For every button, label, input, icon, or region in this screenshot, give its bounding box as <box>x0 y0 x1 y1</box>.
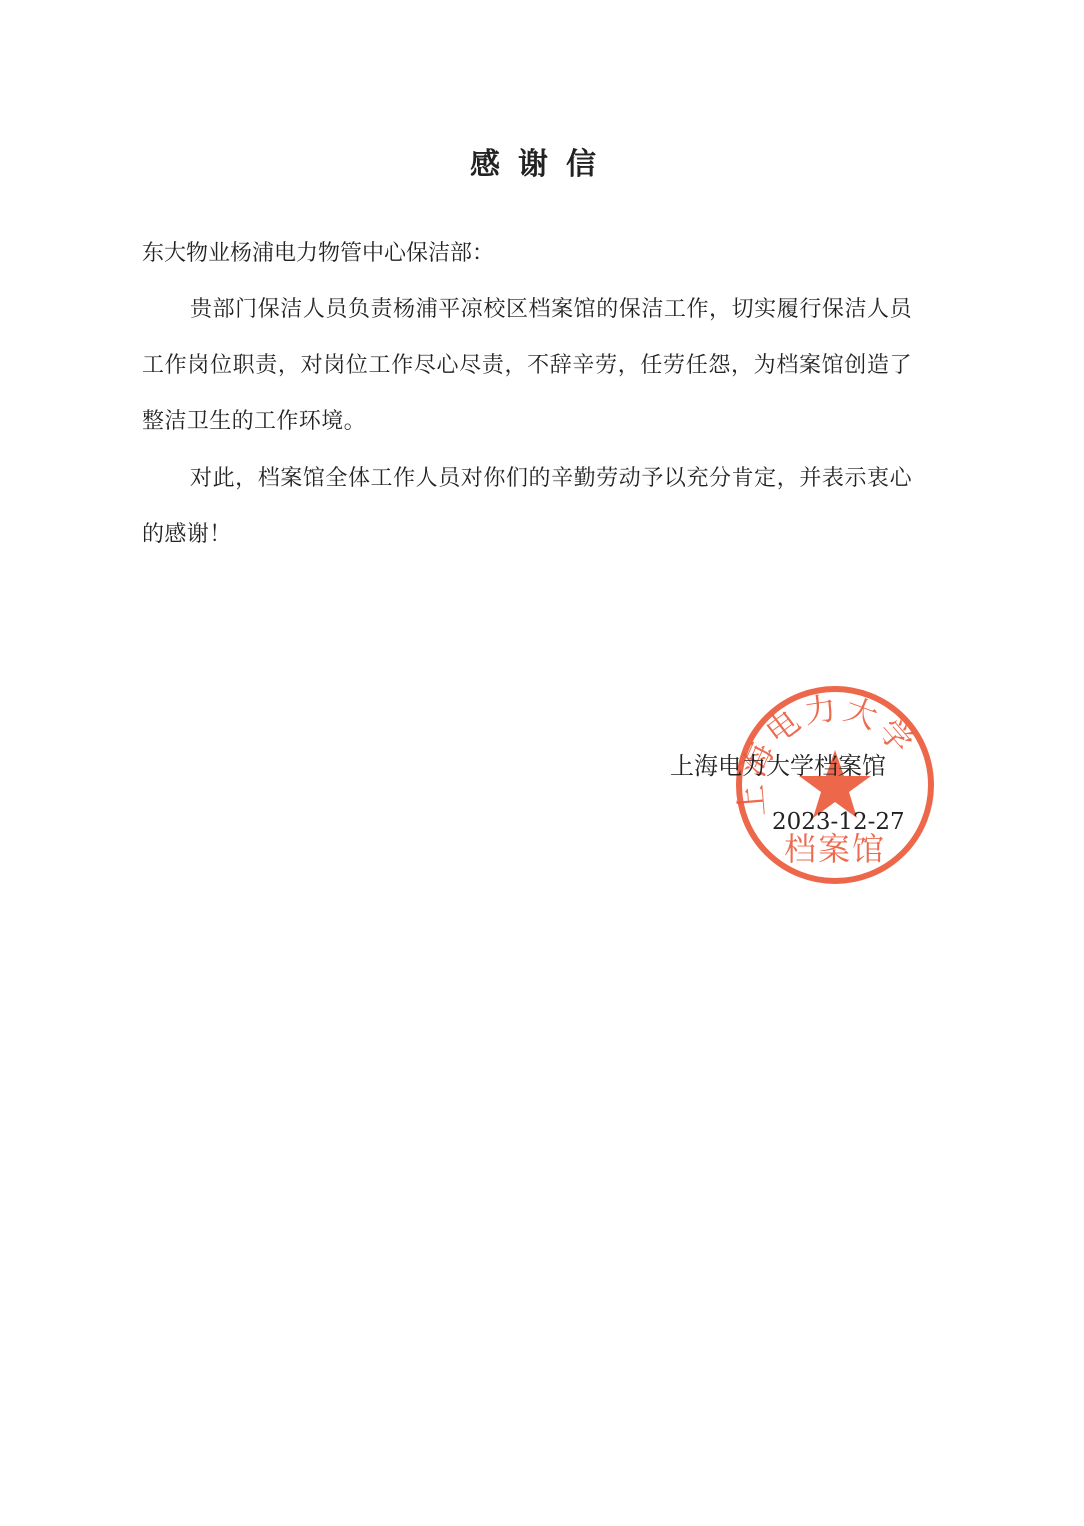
body-paragraph-1: 贵部门保洁人员负责杨浦平凉校区档案馆的保洁工作，切实履行保洁人员工作岗位职责，对… <box>142 282 912 450</box>
salutation: 东大物业杨浦电力物管中心保洁部： <box>142 234 494 274</box>
body-paragraph-2: 对此，档案馆全体工作人员对你们的辛勤劳动予以充分肯定，并表示衷心的感谢！ <box>142 451 912 563</box>
signature: 上海电力大学档案馆 <box>670 746 886 786</box>
letter-title: 感谢信 <box>0 140 1084 190</box>
letter-page: 感谢信 东大物业杨浦电力物管中心保洁部： 贵部门保洁人员负责杨浦平凉校区档案馆的… <box>0 0 1084 1526</box>
letter-date: 2023-12-27 <box>772 804 905 840</box>
